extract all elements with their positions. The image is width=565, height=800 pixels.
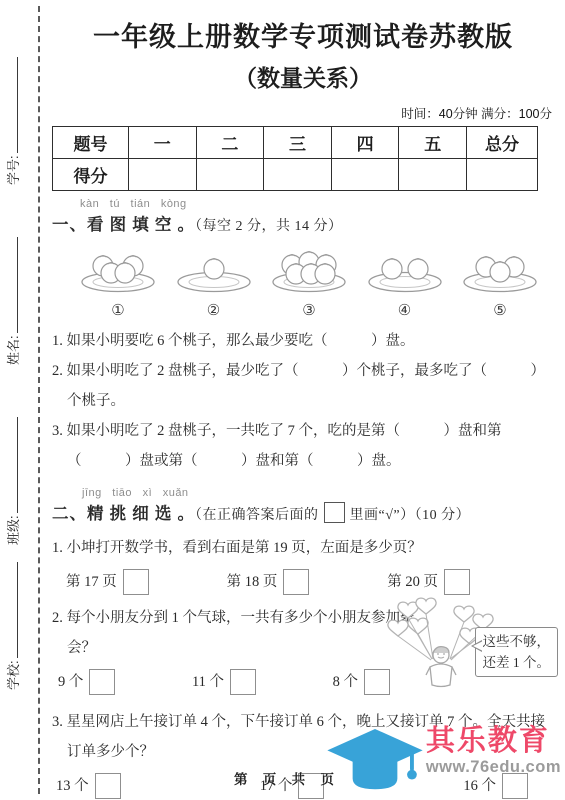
plates-row: ①②③④⑤ [78, 243, 540, 319]
section2-heading: 二、精 挑 细 选 。（在正确答案后面的里画“√”）（10 分） [52, 500, 554, 524]
section2-title: 二、精 挑 细 选 。 [52, 504, 195, 523]
speech-bubble-line: 这些不够， [483, 631, 551, 652]
section2-note-prefix: （在正确答案后面的 [195, 508, 319, 523]
q1-options: 第 17 页第 18 页第 20 页 [66, 569, 470, 595]
speech-bubble-line: 还差 1 个。 [483, 652, 551, 673]
balloon-boy-illustration: 这些不够，还差 1 个。 [386, 597, 558, 693]
answer-option-label: 第 18 页 [227, 574, 278, 590]
answer-option: 9 个 [58, 669, 115, 695]
score-cell-empty[interactable] [196, 159, 264, 191]
score-cell-empty[interactable] [264, 159, 332, 191]
answer-checkbox[interactable] [444, 569, 470, 595]
school-write-line[interactable] [4, 562, 18, 658]
score-row-label: 得分 [53, 159, 129, 191]
student-number-label: 学号: [6, 155, 21, 185]
score-cell-empty[interactable] [467, 159, 538, 191]
score-table-header-label: 题号 [53, 127, 129, 159]
school-label: 学校: [6, 660, 21, 690]
plate-with-peaches: ④ [365, 243, 445, 319]
name-label: 姓名: [6, 335, 21, 365]
example-checkbox [324, 502, 345, 523]
score-cell-empty[interactable] [129, 159, 197, 191]
score-table-header-cell: 一 [129, 127, 197, 159]
brand-logo: 其乐教育 www.76edu.com [326, 724, 561, 798]
answer-option: 第 18 页 [227, 569, 310, 595]
plate-with-peaches: ① [78, 243, 158, 319]
plate-number: ② [174, 301, 254, 319]
plate-number: ① [78, 301, 158, 319]
section2-pinyin: jīng tiāo xì xuǎn [82, 487, 554, 499]
answer-option: 11 个 [192, 669, 256, 695]
graduation-cap-icon [326, 728, 424, 798]
answer-option-label: 第 17 页 [66, 574, 117, 590]
answer-option: 第 20 页 [387, 569, 470, 595]
plate-illustration [175, 243, 253, 293]
score-table-header-cell: 二 [196, 127, 264, 159]
answer-option-label: 11 个 [192, 674, 224, 690]
student-number-write-line[interactable] [4, 57, 18, 153]
score-cell-empty[interactable] [399, 159, 467, 191]
plate-number: ③ [269, 301, 349, 319]
answer-option-label: 8 个 [333, 674, 358, 690]
plate-number: ④ [365, 301, 445, 319]
score-table: 题号一二三四五总分得分 [52, 126, 538, 191]
answer-option-label: 9 个 [58, 674, 83, 690]
section1-title: 一、看 图 填 空 。 [52, 215, 195, 234]
section1-heading: 一、看 图 填 空 。（每空 2 分，共 14 分） [52, 211, 554, 235]
answer-option-label: 第 20 页 [387, 574, 438, 590]
plate-illustration [461, 243, 539, 293]
question-text: 3. 如果小明吃了 2 盘桃子，一共吃了 7 个，吃的是第（ ）盘和第（ ）盘或… [52, 416, 554, 476]
question2-block: 2. 每个小朋友分到 1 个气球，一共有多少个小朋友参加聚会？ [52, 603, 554, 701]
score-table-header-cell: 四 [331, 127, 399, 159]
score-cell-empty[interactable] [331, 159, 399, 191]
answer-checkbox[interactable] [283, 569, 309, 595]
question-text: 2. 每个小朋友分到 1 个气球，一共有多少个小朋友参加聚会？ [52, 603, 415, 663]
speech-bubble: 这些不够，还差 1 个。 [475, 627, 559, 677]
brand-name: 其乐教育 [426, 724, 561, 758]
class-write-line[interactable] [4, 417, 18, 513]
answer-checkbox[interactable] [89, 669, 115, 695]
answer-option: 8 个 [333, 669, 390, 695]
brand-url: www.76edu.com [426, 758, 561, 777]
section1-pinyin: kàn tú tián kòng [80, 198, 554, 210]
exam-meta: 时间：40分钟 满分：100分 [52, 104, 554, 122]
score-table-header-cell: 三 [264, 127, 332, 159]
page-title: 一年级上册数学专项测试卷苏教版 [52, 0, 554, 54]
plate-with-peaches: ⑤ [460, 243, 540, 319]
answer-checkbox[interactable] [123, 569, 149, 595]
plate-illustration [79, 243, 157, 293]
name-write-line[interactable] [4, 237, 18, 333]
sidebar-field-student-number: 学号: [3, 45, 27, 185]
plate-with-peaches: ② [174, 243, 254, 319]
score-table-header-cell: 总分 [467, 127, 538, 159]
section1-note: （每空 2 分，共 14 分） [195, 219, 343, 234]
q2-options: 9 个11 个8 个 [58, 669, 390, 695]
answer-checkbox[interactable] [230, 669, 256, 695]
left-dashed-border [38, 6, 40, 794]
section1-questions: 1. 如果小明要吃 6 个桃子，那么最少要吃（ ）盘。2. 如果小明吃了 2 盘… [52, 326, 554, 476]
class-label: 班级: [6, 515, 21, 545]
main-content: 一年级上册数学专项测试卷苏教版 （数量关系） 时间：40分钟 满分：100分 题… [52, 0, 554, 799]
question-text: 1. 如果小明要吃 6 个桃子，那么最少要吃（ ）盘。 [52, 326, 554, 356]
plate-with-peaches: ③ [269, 243, 349, 319]
section2-note-suffix: 里画“√”）（10 分） [350, 508, 471, 523]
answer-option: 第 17 页 [66, 569, 149, 595]
sidebar-field-name: 姓名: [3, 225, 27, 365]
plate-illustration [366, 243, 444, 293]
plate-illustration [270, 243, 348, 293]
question-text: 1. 小坤打开数学书，看到右面是第 19 页，左面是多少页？ [52, 533, 554, 563]
brand-text: 其乐教育 www.76edu.com [426, 724, 561, 777]
sidebar-field-class: 班级: [3, 405, 27, 545]
sidebar-field-school: 学校: [3, 550, 27, 690]
page-subtitle: （数量关系） [52, 60, 554, 93]
worksheet-page: 学号: 姓名: 班级: 学校: 一年级上册数学专项测试卷苏教版 （数量关系） 时… [0, 0, 565, 800]
plate-number: ⑤ [460, 301, 540, 319]
score-table-header-cell: 五 [399, 127, 467, 159]
question-text: 2. 如果小明吃了 2 盘桃子，最少吃了（ ）个桃子，最多吃了（ ）个桃子。 [52, 356, 554, 416]
